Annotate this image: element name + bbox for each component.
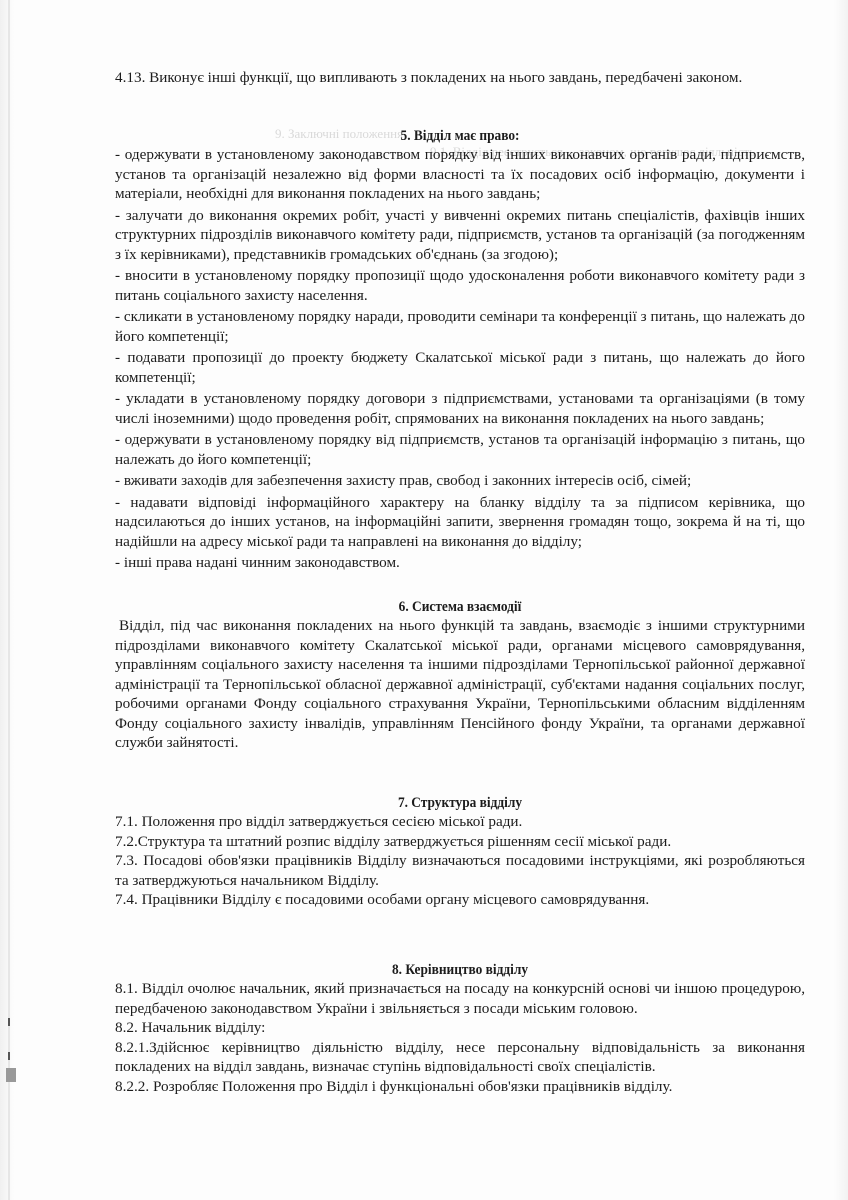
structure-item: 7.1. Положення про відділ затверджується… xyxy=(115,812,805,832)
rights-item: - одержувати в установленому законодавст… xyxy=(115,145,805,204)
rights-item: - залучати до виконання окремих робіт, у… xyxy=(115,206,805,265)
rights-item: - вживати заходів для забезпечення захис… xyxy=(115,471,805,491)
leadership-item: 8.2. Начальник відділу: xyxy=(115,1018,805,1038)
section-6-body: Відділ, під час виконання покладених на … xyxy=(115,616,805,753)
leadership-item: 8.1. Відділ очолює начальник, який призн… xyxy=(115,979,805,1018)
leadership-item: 8.2.1.Здійснює керівництво діяльністю ві… xyxy=(115,1038,805,1077)
rights-item: - скликати в установленому порядку нарад… xyxy=(115,307,805,346)
document-body: 4.13. Виконує інші функції, що випливают… xyxy=(115,68,805,1096)
section-8-heading: 8. Керівництво відділу xyxy=(156,960,763,980)
section-6-heading: 6. Система взаємодії xyxy=(156,597,763,617)
margin-mark xyxy=(8,1018,10,1026)
rights-item: - надавати відповіді інформаційного хара… xyxy=(115,493,805,552)
rights-item: - одержувати в установленому порядку від… xyxy=(115,430,805,469)
rights-item: - подавати пропозиції до проекту бюджету… xyxy=(115,348,805,387)
rights-item: - інші права надані чинним законодавство… xyxy=(115,553,805,573)
structure-item: 7.2.Структура та штатний розпис відділу … xyxy=(115,832,805,852)
structure-item: 7.4. Працівники Відділу є посадовими осо… xyxy=(115,890,805,910)
scanned-page: 9. Заключні положення 9.1. Відділ реєстр… xyxy=(0,0,848,1200)
rights-item: - укладати в установленому порядку догов… xyxy=(115,389,805,428)
clause-4-13: 4.13. Виконує інші функції, що випливают… xyxy=(115,68,805,88)
rights-item: - вносити в установленому порядку пропоз… xyxy=(115,266,805,305)
section-7-heading: 7. Структура відділу xyxy=(156,793,763,813)
staple-mark xyxy=(6,1068,16,1082)
section-5-heading: 5. Відділ має право: xyxy=(156,126,763,146)
leadership-item: 8.2.2. Розробляє Положення про Відділ і … xyxy=(115,1077,805,1097)
structure-item: 7.3. Посадові обов'язки працівників Відд… xyxy=(115,851,805,890)
margin-mark xyxy=(8,1052,10,1060)
